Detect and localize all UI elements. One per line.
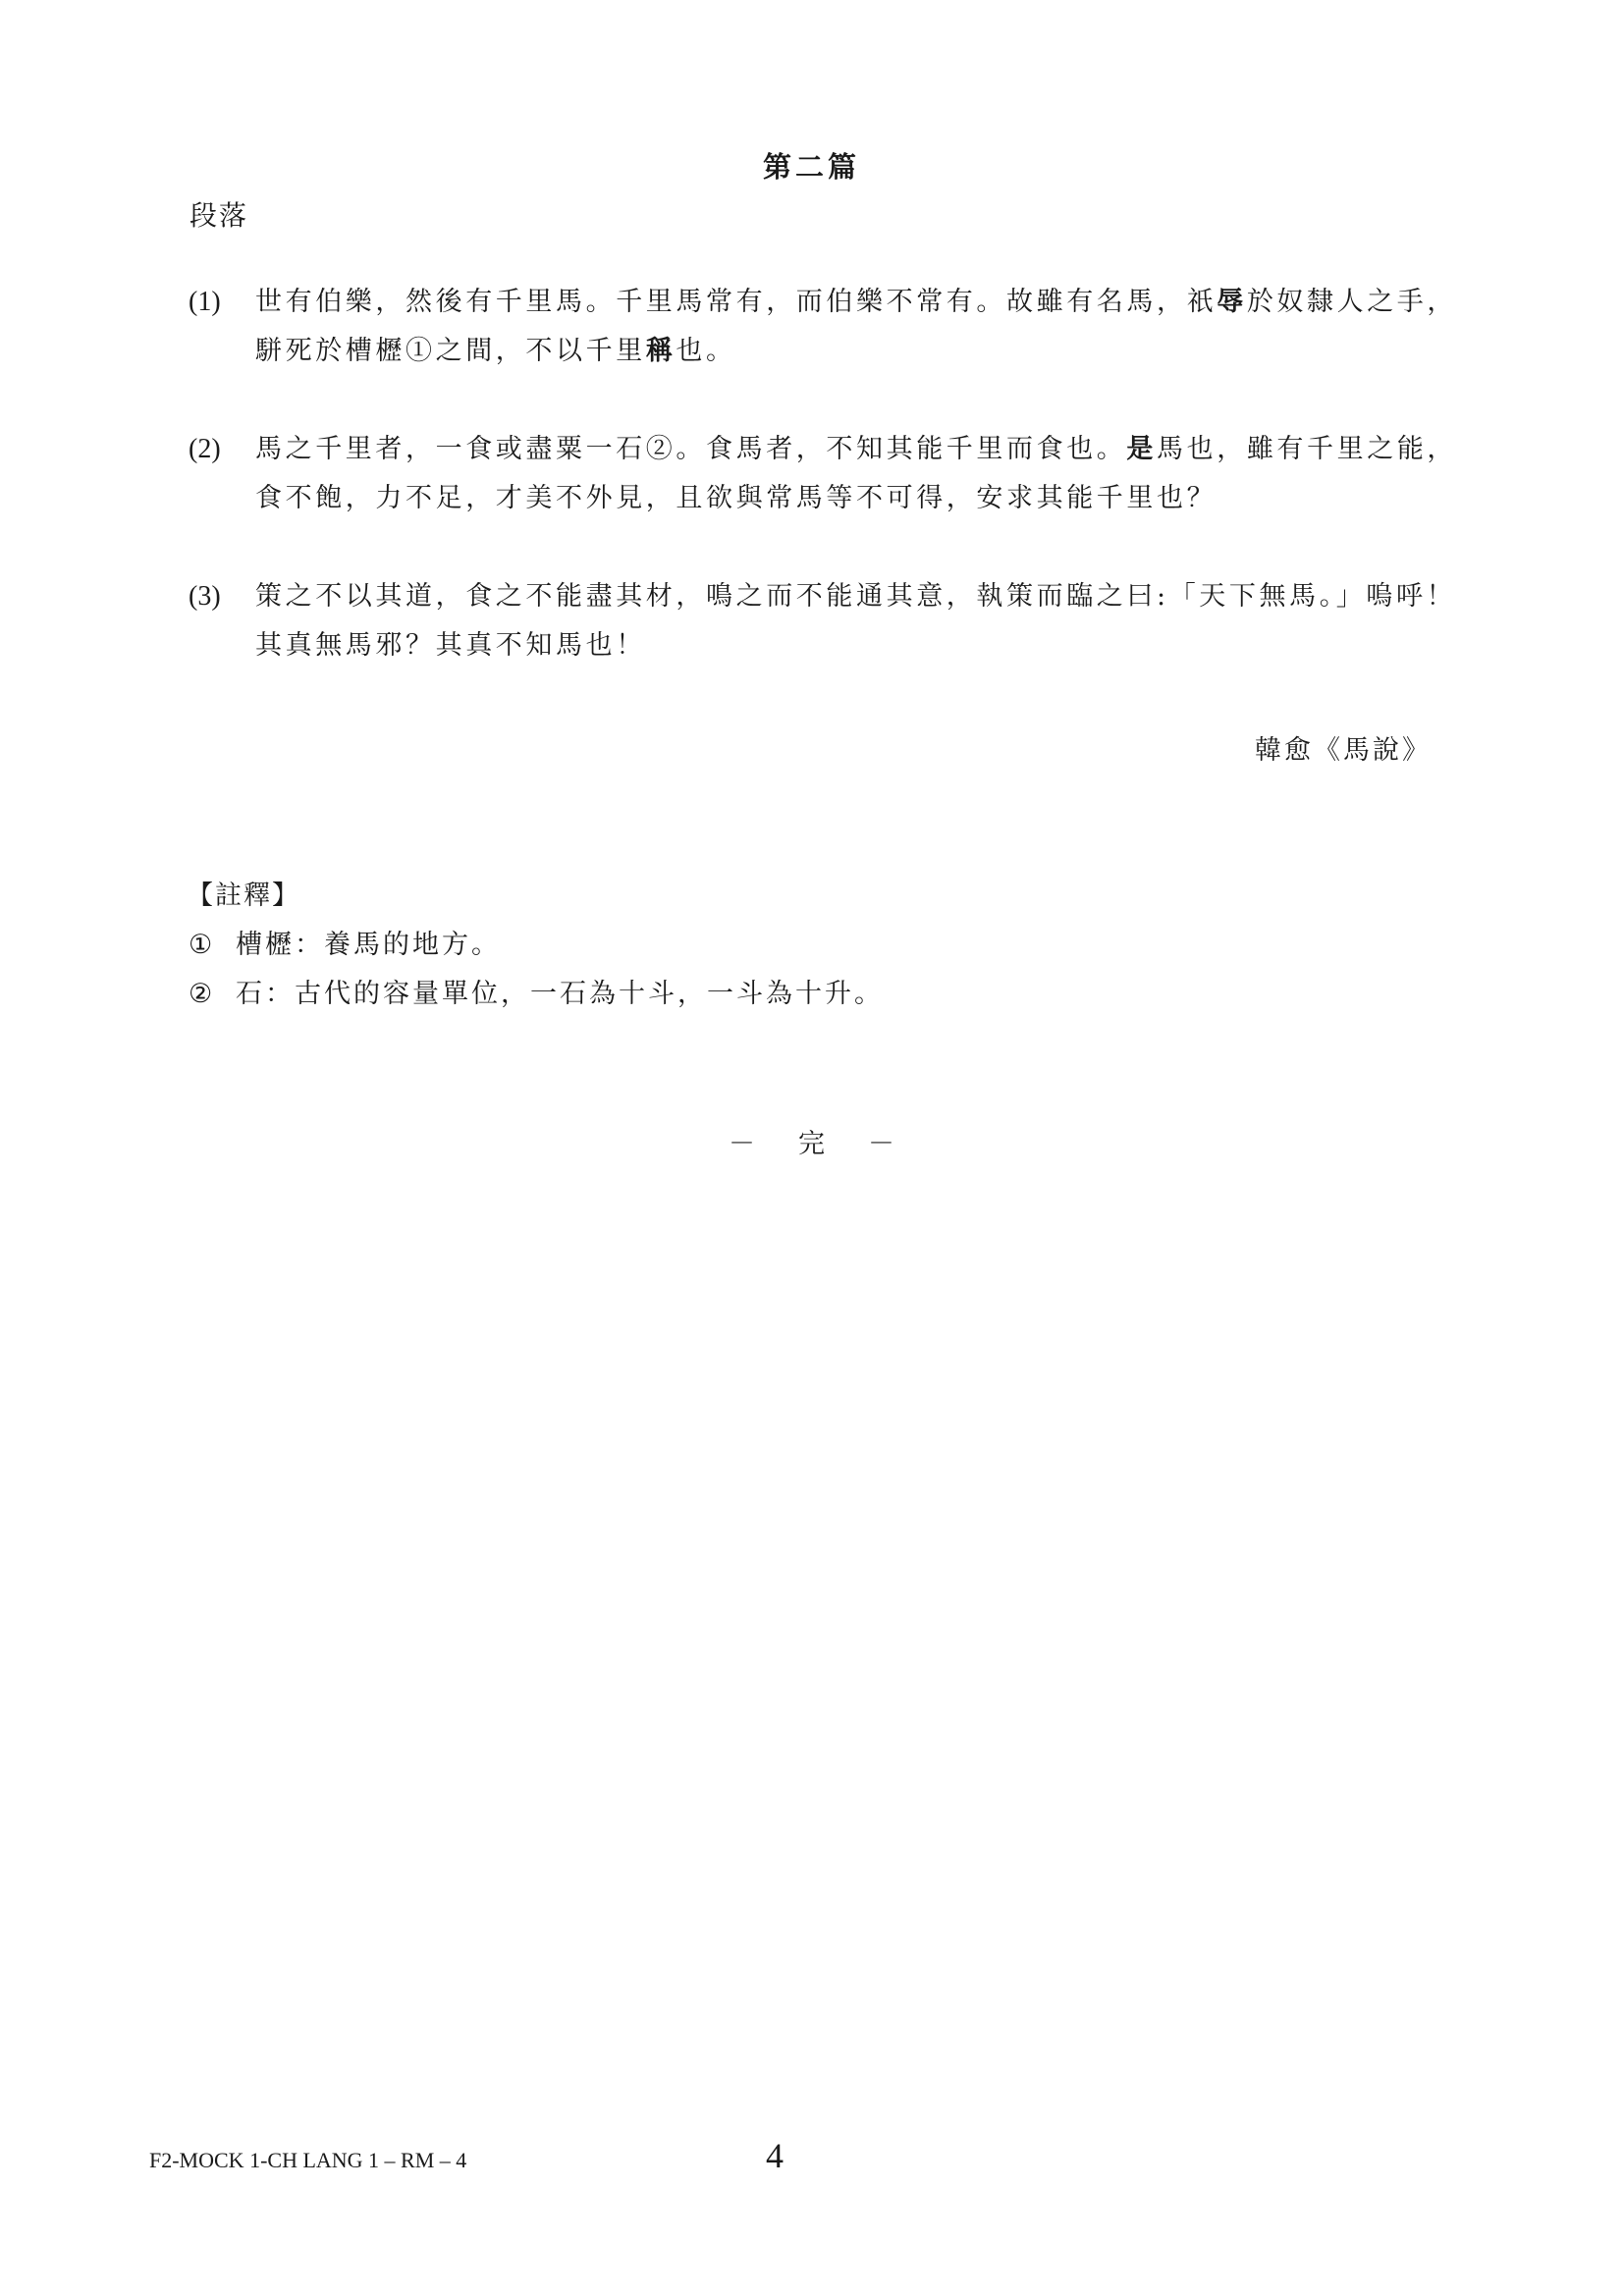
- text-segment: 世有伯樂，然後有千里馬。千里馬常有，而伯樂不常有。故雖有名馬，祇: [255, 287, 1217, 317]
- paragraph-line: 駢死於槽櫪①之間，不以千里稱也。: [255, 327, 1434, 376]
- note-item: ②石：古代的容量單位，一石為十斗，一斗為十升。: [189, 972, 884, 1010]
- notes-heading: 【註釋】: [187, 874, 300, 912]
- paragraph-text: 策之不以其道，食之不能盡其材，鳴之而不能通其意，執策而臨之曰:「天下無馬。」嗚呼…: [255, 572, 1434, 670]
- end-label: 完: [798, 1122, 825, 1160]
- note-text: 槽櫪：養馬的地方。: [236, 930, 501, 960]
- dash-left: －: [729, 1122, 755, 1160]
- text-segment: 食不飽，力不足，才美不外見，且欲與常馬等不可得，安求其能千里也？: [255, 483, 1217, 513]
- paragraph-line: 策之不以其道，食之不能盡其材，鳴之而不能通其意，執策而臨之曰:「天下無馬。」嗚呼…: [255, 572, 1434, 621]
- text-segment: 策之不以其道，食之不能盡其材，鳴之而不能通其意，執策而臨之曰:「天下無馬。」嗚呼…: [255, 581, 1456, 612]
- paragraph-line: 其真無馬邪？其真不知馬也！: [255, 621, 1434, 670]
- dash-right: －: [868, 1122, 894, 1160]
- footer-code: F2-MOCK 1-CH LANG 1 – RM – 4: [149, 2148, 466, 2173]
- text-segment: 駢死於槽櫪①之間，不以千里: [255, 336, 646, 366]
- note-text: 石：古代的容量單位，一石為十斗，一斗為十升。: [236, 979, 884, 1009]
- page-number: 4: [766, 2135, 784, 2176]
- paragraph-text: 馬之千里者，一食或盡粟一石②。食馬者，不知其能千里而食也。是馬也，雖有千里之能，…: [255, 425, 1434, 523]
- text-segment: 於奴隸人之手，: [1247, 287, 1457, 317]
- note-number: ②: [189, 979, 236, 1009]
- paragraph-line: 馬之千里者，一食或盡粟一石②。食馬者，不知其能千里而食也。是馬也，雖有千里之能，: [255, 425, 1434, 474]
- text-segment: 馬也，雖有千里之能，: [1157, 434, 1457, 464]
- source-attribution: 韓愈《馬說》: [1255, 728, 1432, 767]
- highlighted-word: 稱: [646, 336, 676, 366]
- highlighted-word: 是: [1126, 434, 1157, 464]
- paragraph-number: (1): [189, 278, 221, 327]
- paragraph-number: (3): [189, 572, 221, 621]
- note-item: ①槽櫪：養馬的地方。: [189, 923, 501, 961]
- paragraph-text: 世有伯樂，然後有千里馬。千里馬常有，而伯樂不常有。故雖有名馬，祇辱於奴隸人之手，…: [255, 278, 1434, 376]
- paragraph-line: 世有伯樂，然後有千里馬。千里馬常有，而伯樂不常有。故雖有名馬，祇辱於奴隸人之手，: [255, 278, 1434, 327]
- paragraph-number: (2): [189, 425, 221, 474]
- note-number: ①: [189, 930, 236, 960]
- end-mark: －完－: [0, 1122, 1623, 1160]
- section-label: 段落: [189, 194, 248, 234]
- text-segment: 馬之千里者，一食或盡粟一石②。食馬者，不知其能千里而食也。: [255, 434, 1126, 464]
- page-title: 第二篇: [0, 145, 1623, 186]
- text-segment: 其真無馬邪？其真不知馬也！: [255, 630, 646, 661]
- highlighted-word: 辱: [1217, 287, 1247, 317]
- text-segment: 也。: [676, 336, 735, 366]
- paragraph-line: 食不飽，力不足，才美不外見，且欲與常馬等不可得，安求其能千里也？: [255, 474, 1434, 523]
